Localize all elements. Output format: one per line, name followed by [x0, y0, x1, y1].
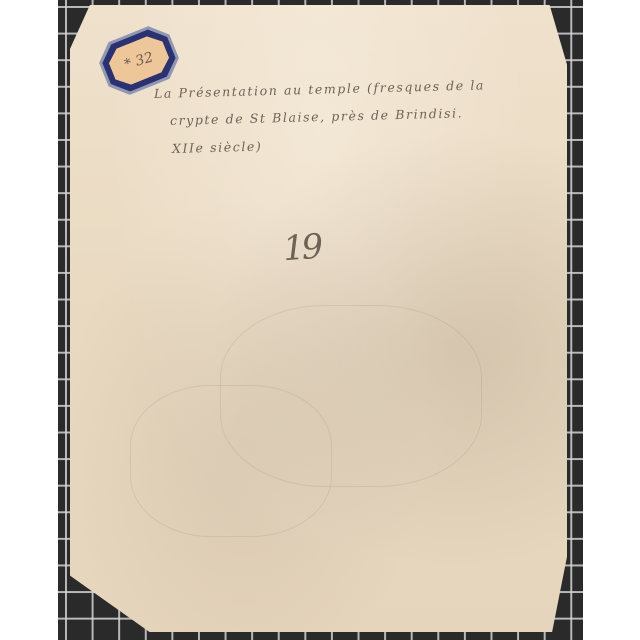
faded-image-bleed: [130, 385, 332, 537]
paper-sheet: [70, 5, 567, 632]
caption-line-3: XIIe siècle): [172, 139, 263, 156]
catalog-label-text: * 32: [123, 49, 156, 72]
page-number: 19: [282, 227, 322, 270]
